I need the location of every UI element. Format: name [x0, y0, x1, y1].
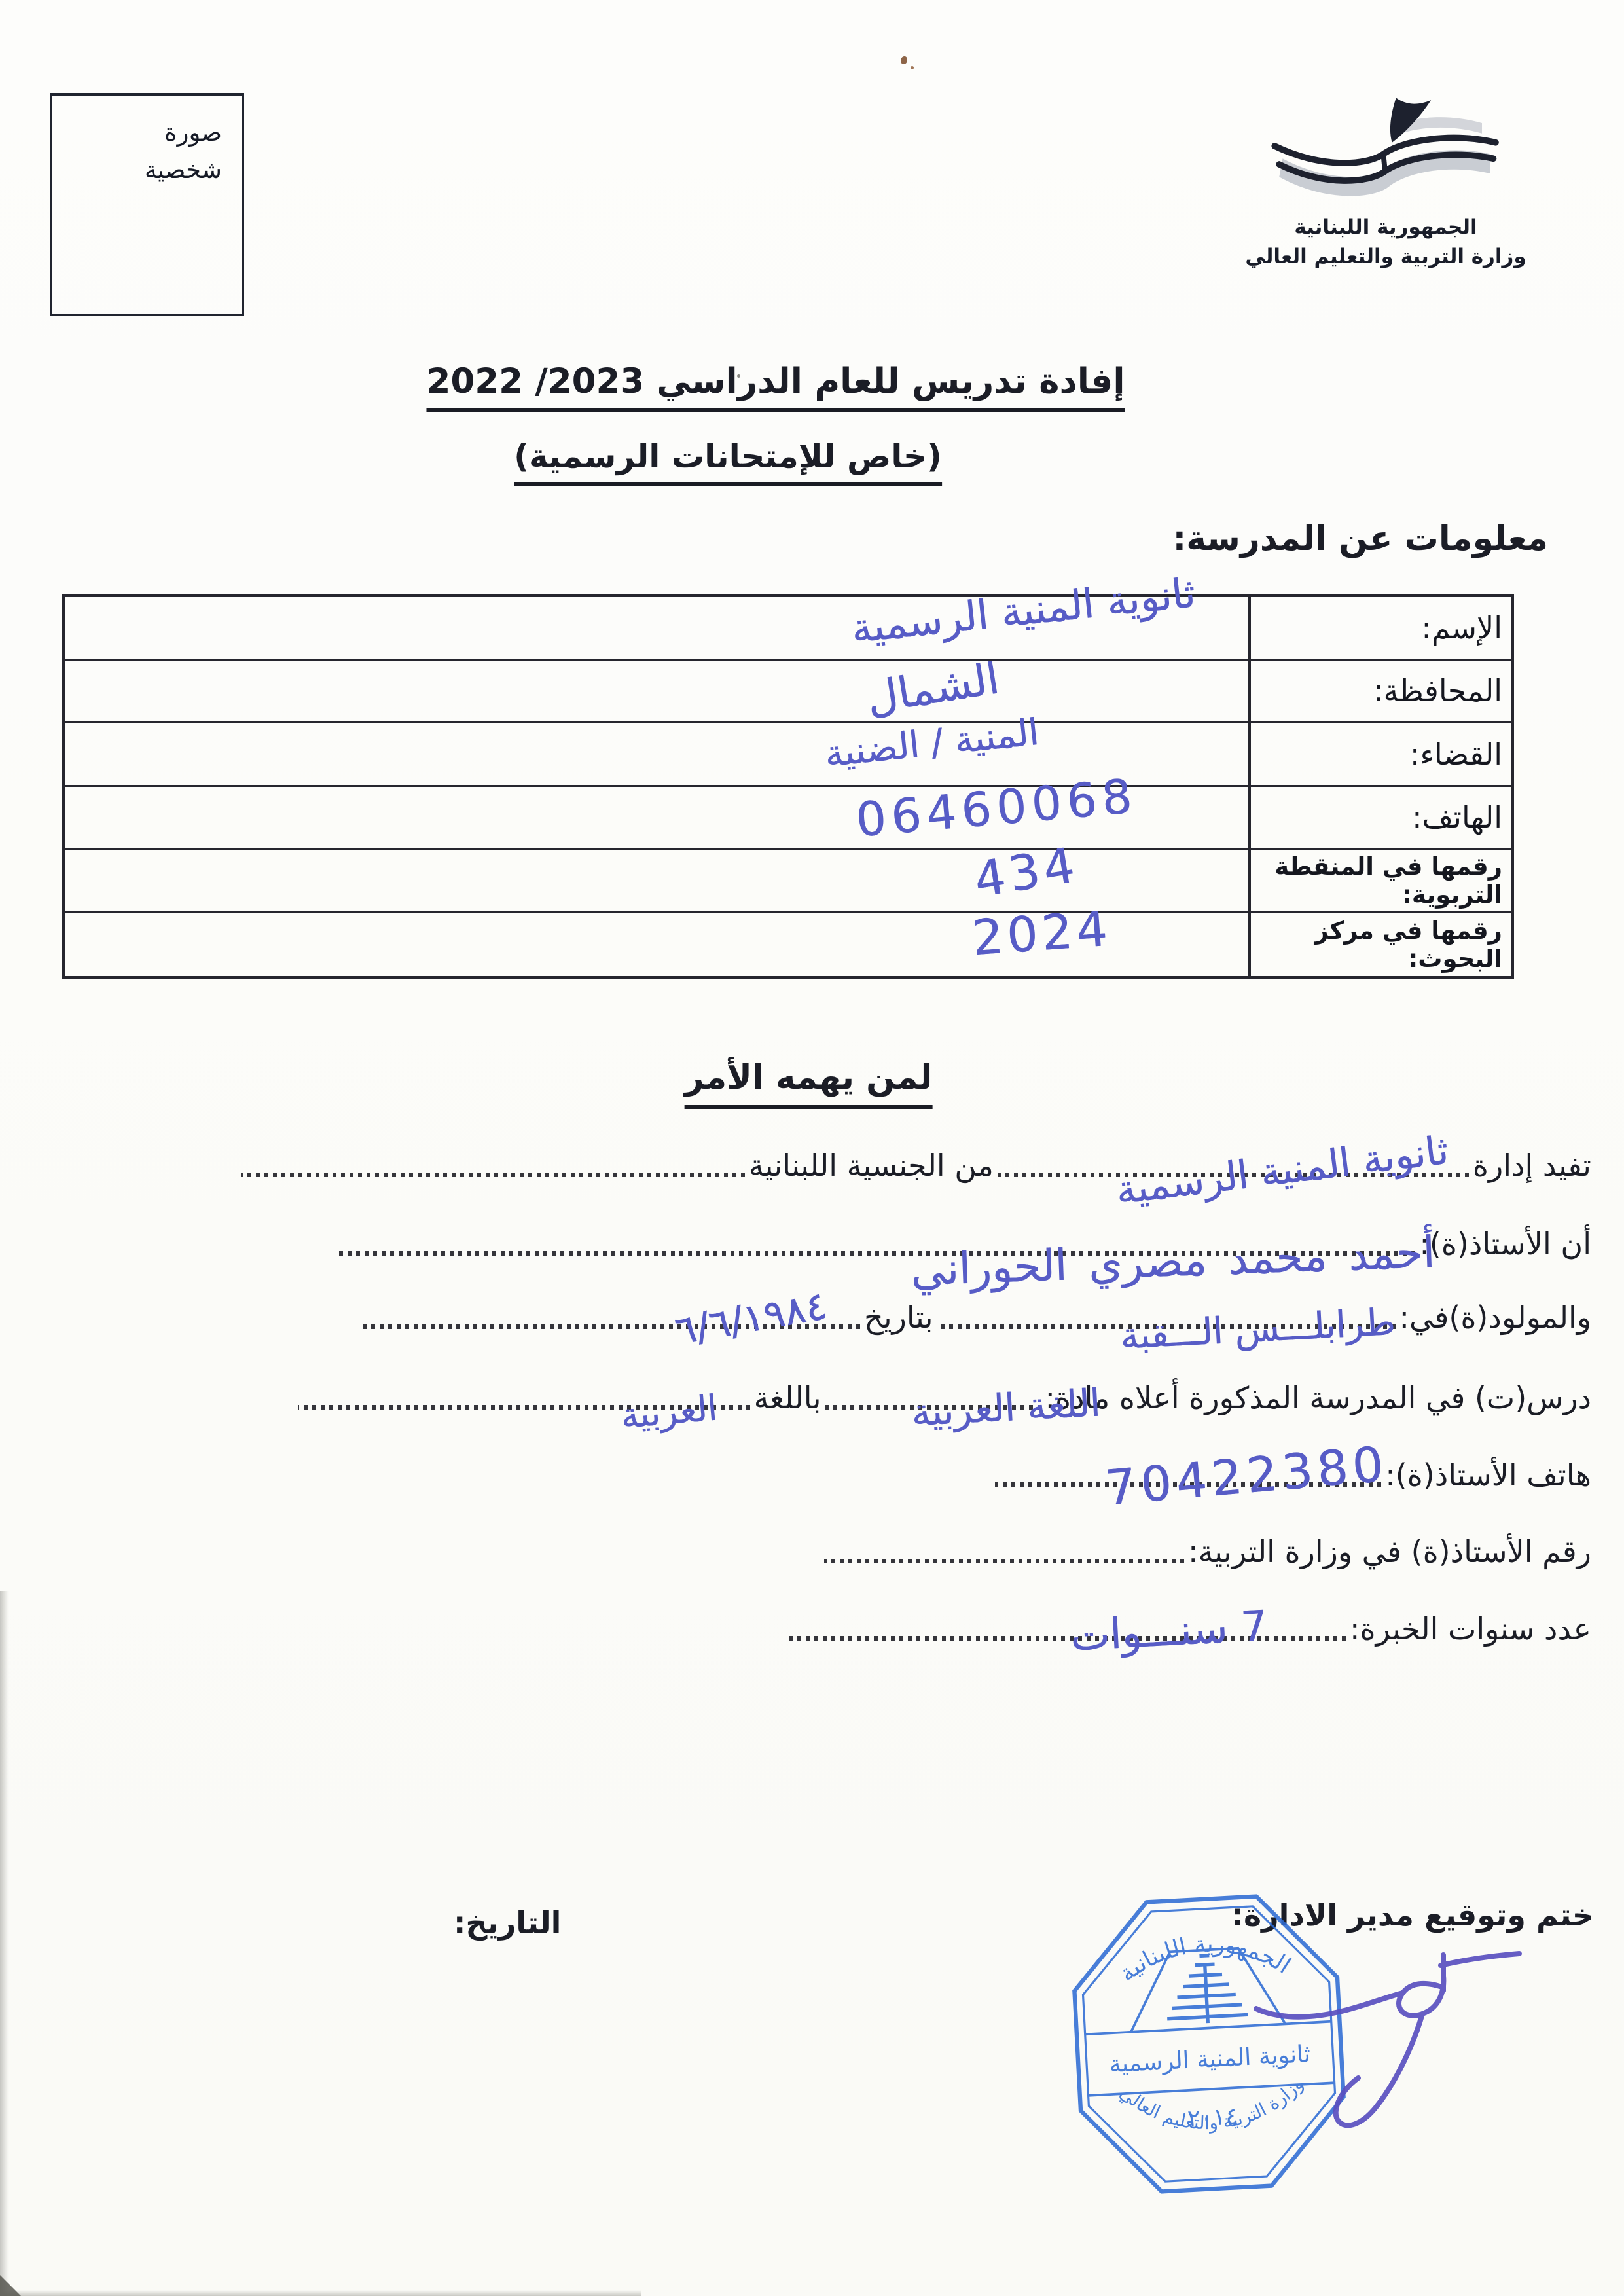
school-info-table: الإسم: ثانوية المنية الرسمية المحافظة: ا…	[62, 594, 1514, 979]
scan-speck	[737, 374, 740, 378]
page-corner-fold	[0, 2275, 21, 2296]
school-years: 2022 /2023	[426, 361, 644, 401]
handwritten-school-name: ثانوية المنية الرسمية	[849, 569, 1198, 653]
photo-label-line2: شخصية	[52, 151, 222, 189]
handwritten-school-name-letter: ثانوية المنية الرسمية	[1113, 1127, 1451, 1214]
table-label-zone-number: رقمها في المنقطة التربوية:	[1248, 850, 1511, 913]
ministry-logo-block: الجمهورية اللبنانية وزارة التربية والتعل…	[1238, 96, 1533, 272]
table-label-governorate: المحافظة:	[1248, 661, 1511, 724]
handwritten-birthplace: طرابلـــس الـــقبة	[1119, 1301, 1396, 1358]
line1-suffix: من الجنسية اللبنانية	[749, 1145, 994, 1186]
line7-prefix: عدد سنوات الخبرة:	[1350, 1609, 1591, 1649]
handwritten-subject: اللغة العربية	[910, 1380, 1101, 1434]
table-label-research-number: رقمها في مركز البحوث:	[1248, 913, 1511, 977]
scan-edge-shadow	[0, 2290, 641, 2296]
line2-prefix: أن الأستاذ(ة):	[1419, 1224, 1591, 1264]
open-book-logo-icon	[1242, 96, 1530, 210]
table-label-name: الإسم:	[1248, 597, 1511, 661]
table-row: ثانوية المنية الرسمية	[65, 597, 1248, 661]
letter-line-teacher-name: أن الأستاذ(ة): أحمد محمد مصري الحوراني	[335, 1222, 1595, 1264]
scan-edge-shadow	[0, 1591, 9, 2296]
letter-line-experience: عدد سنوات الخبرة: 7 سنـــوات	[789, 1607, 1595, 1649]
dotted-field	[824, 1559, 1184, 1563]
line6-prefix: رقم الأستاذ(ة) في وزارة التربية:	[1188, 1531, 1591, 1572]
line4-prefix: درس(ت) في المدرسة المذكورة أعلاه مادة:	[1045, 1377, 1591, 1418]
ministry-name-text: وزارة التربية والتعليم العالي	[1238, 242, 1533, 272]
scanned-form-page: صورة شخصية الجمهورية اللبنانية وزارة الت…	[0, 0, 1624, 2296]
handwritten-experience-years: 7 سنـــوات	[1069, 1602, 1269, 1661]
line5-prefix: هاتف الأستاذ(ة):	[1385, 1455, 1591, 1495]
document-title: إفادة تدريس للعام الدراسي 2022 /2023	[426, 361, 1125, 412]
letter-line-subject: درس(ت) في المدرسة المذكورة أعلاه مادة: ا…	[298, 1376, 1595, 1418]
letter-line-certify: تفيد إدارة ثانوية المنية الرسمية من الجن…	[241, 1144, 1595, 1186]
line3-prefix: والمولود(ة)في:	[1399, 1297, 1591, 1338]
republic-name-text: الجمهورية اللبنانية	[1238, 213, 1533, 242]
director-signature	[1247, 1937, 1561, 2146]
letter-line-ministry-number: رقم الأستاذ(ة) في وزارة التربية:	[824, 1530, 1595, 1572]
dotted-field	[241, 1173, 745, 1177]
scan-speck	[911, 66, 914, 69]
handwritten-birthdate: ٦/٦/١٩٨٤	[672, 1283, 830, 1355]
table-label-district: القضاء:	[1248, 723, 1511, 787]
document-subtitle: (خاص للإمتحانات الرسمية)	[514, 437, 942, 486]
letter-line-birth: والمولود(ة)في: طرابلـــس الـــقبة بتاريخ…	[363, 1296, 1595, 1338]
line1-prefix: تفيد إدارة	[1473, 1145, 1591, 1186]
table-row: 2024	[65, 913, 1248, 977]
cedar-tree-icon	[1164, 1954, 1248, 2026]
letter-line-teacher-phone: هاتف الأستاذ(ة): 70422380	[995, 1453, 1595, 1495]
handwritten-governorate: الشمال	[863, 653, 1003, 723]
photo-placeholder-box: صورة شخصية	[50, 93, 244, 316]
date-label: التاريخ:	[454, 1905, 561, 1941]
line4-language-label: باللغة	[754, 1377, 821, 1418]
line3-date-label: بتاريخ	[864, 1297, 933, 1338]
handwritten-teacher-name: أحمد محمد مصري الحوراني	[910, 1227, 1435, 1296]
handwritten-language: العربية	[619, 1387, 719, 1437]
table-label-phone: الهاتف:	[1248, 787, 1511, 850]
handwritten-research-number: 2024	[970, 900, 1113, 966]
scan-speck	[901, 56, 907, 64]
photo-label-line1: صورة	[52, 114, 222, 151]
school-info-heading: معلومات عن المدرسة:	[1172, 519, 1548, 558]
handwritten-teacher-phone: 70422380	[1103, 1436, 1390, 1516]
table-row: الشمال	[65, 661, 1248, 724]
to-whom-it-may-concern-heading: لمن يهمه الأمر	[685, 1058, 933, 1109]
